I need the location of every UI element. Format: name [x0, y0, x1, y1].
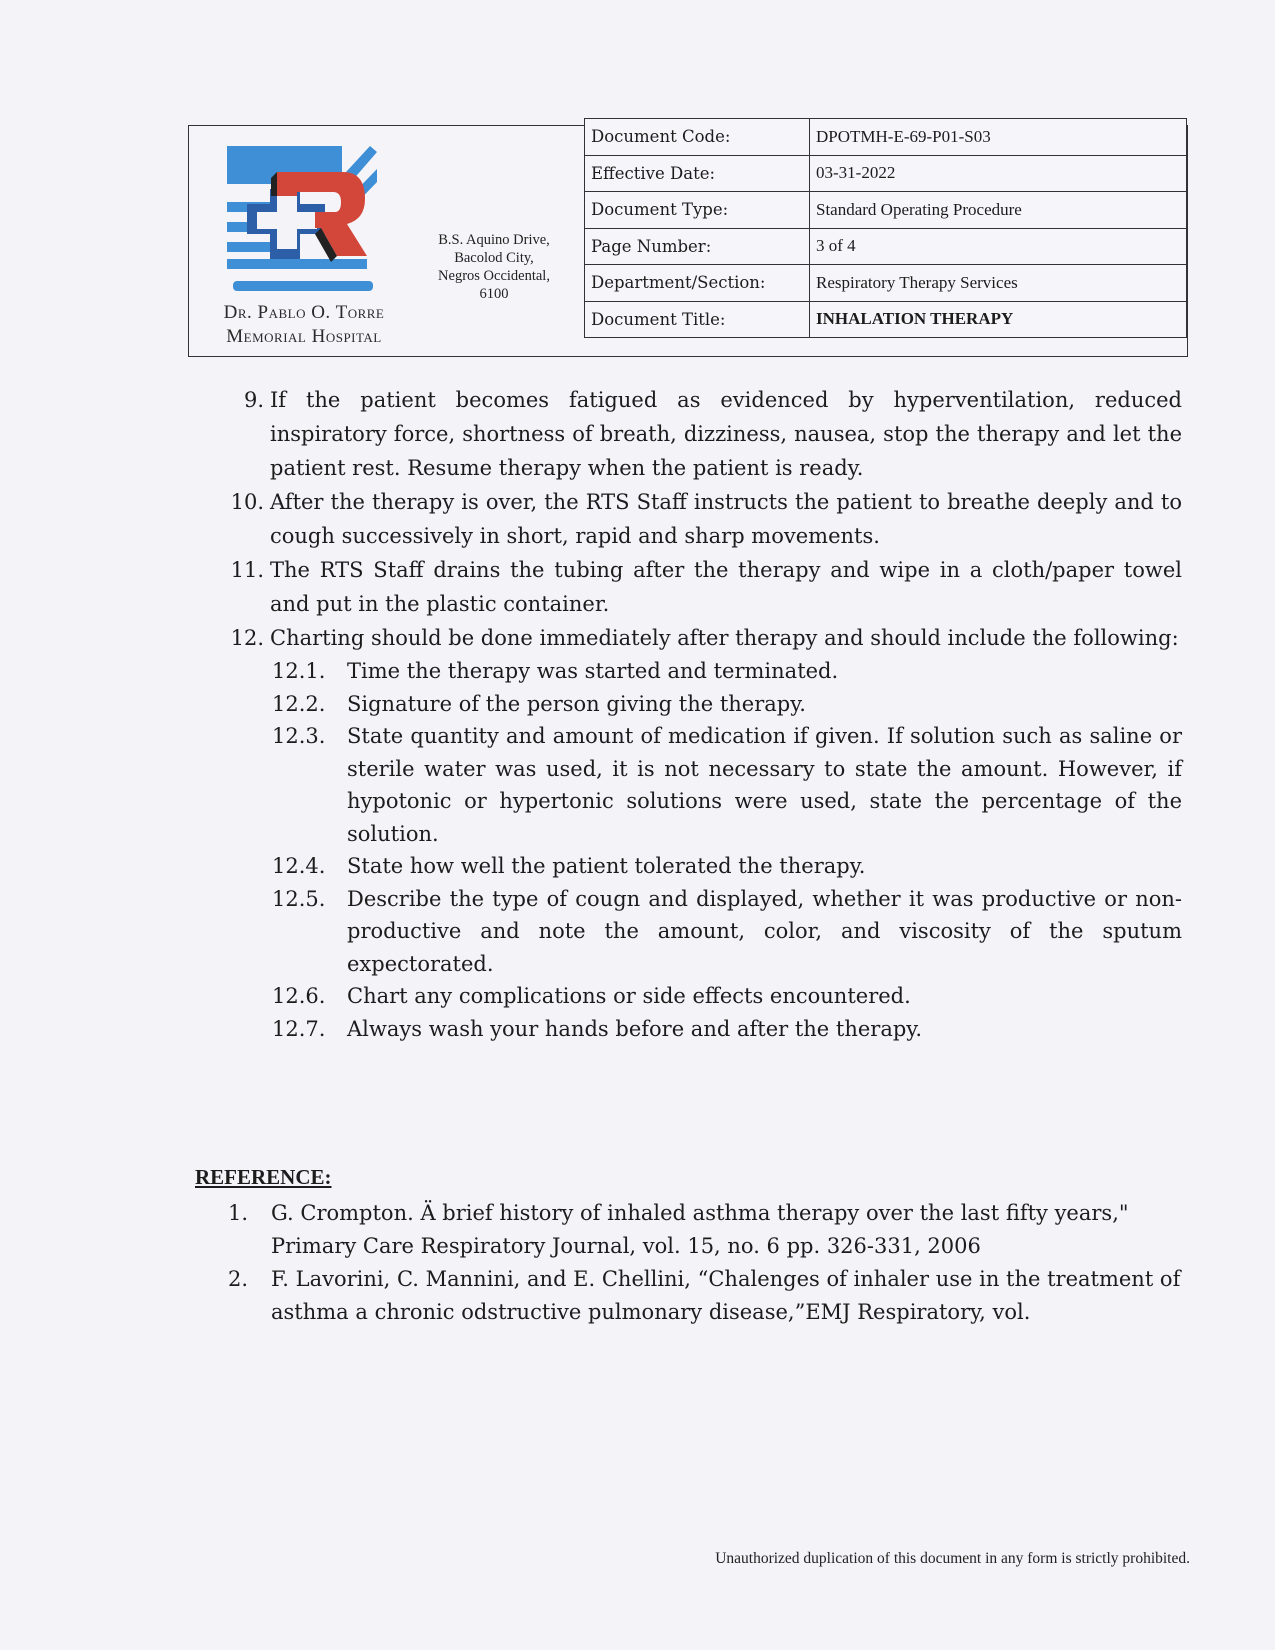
- reference-list: 1. G. Crompton. Ä brief history of inhal…: [228, 1197, 1183, 1329]
- procedure-steps: 9. If the patient becomes fatigued as ev…: [222, 383, 1182, 1045]
- sub-list-item: 12.5. Describe the type of cougn and dis…: [272, 883, 1182, 981]
- info-row-title: Document Title: INHALATION THERAPY: [585, 301, 1187, 338]
- info-row-department: Department/Section: Respiratory Therapy …: [585, 265, 1187, 302]
- effective-date: 03-31-2022: [810, 155, 1187, 192]
- footer-notice: Unauthorized duplication of this documen…: [550, 1550, 1190, 1568]
- list-item: 12. Charting should be done immediately …: [222, 621, 1182, 655]
- document-title: INHALATION THERAPY: [810, 301, 1187, 338]
- list-item: 9. If the patient becomes fatigued as ev…: [222, 383, 1182, 485]
- reference-item: 1. G. Crompton. Ä brief history of inhal…: [228, 1197, 1183, 1263]
- info-row-date: Effective Date: 03-31-2022: [585, 155, 1187, 192]
- page-number: 3 of 4: [810, 228, 1187, 265]
- logo-cell: Dr. Pablo O. Torre Memorial Hospital B.S…: [189, 126, 584, 356]
- sub-list-item: 12.4. State how well the patient tolerat…: [272, 850, 1182, 883]
- info-row-page: Page Number: 3 of 4: [585, 228, 1187, 265]
- department: Respiratory Therapy Services: [810, 265, 1187, 302]
- document-type: Standard Operating Procedure: [810, 192, 1187, 229]
- list-item: 11. The RTS Staff drains the tubing afte…: [222, 553, 1182, 621]
- sub-list-item: 12.7. Always wash your hands before and …: [272, 1013, 1182, 1046]
- sub-list-item: 12.6. Chart any complications or side ef…: [272, 980, 1182, 1013]
- reference-heading: REFERENCE:: [195, 1165, 332, 1190]
- info-row-type: Document Type: Standard Operating Proced…: [585, 192, 1187, 229]
- hospital-logo-icon: [225, 144, 377, 294]
- list-item: 10. After the therapy is over, the RTS S…: [222, 485, 1182, 553]
- reference-item: 2. F. Lavorini, C. Mannini, and E. Chell…: [228, 1263, 1183, 1329]
- info-row-code: Document Code: DPOTMH-E-69-P01-S03: [585, 119, 1187, 156]
- hospital-address: B.S. Aquino Drive, Bacolod City, Negros …: [414, 231, 574, 303]
- sub-list-item: 12.3. State quantity and amount of medic…: [272, 720, 1182, 850]
- sub-list-item: 12.1. Time the therapy was started and t…: [272, 655, 1182, 688]
- document-header: Dr. Pablo O. Torre Memorial Hospital B.S…: [188, 125, 1188, 357]
- document-info-table: Document Code: DPOTMH-E-69-P01-S03 Effec…: [584, 118, 1187, 338]
- document-code: DPOTMH-E-69-P01-S03: [810, 119, 1187, 156]
- sub-list-item: 12.2. Signature of the person giving the…: [272, 688, 1182, 721]
- hospital-name: Dr. Pablo O. Torre Memorial Hospital: [189, 301, 419, 349]
